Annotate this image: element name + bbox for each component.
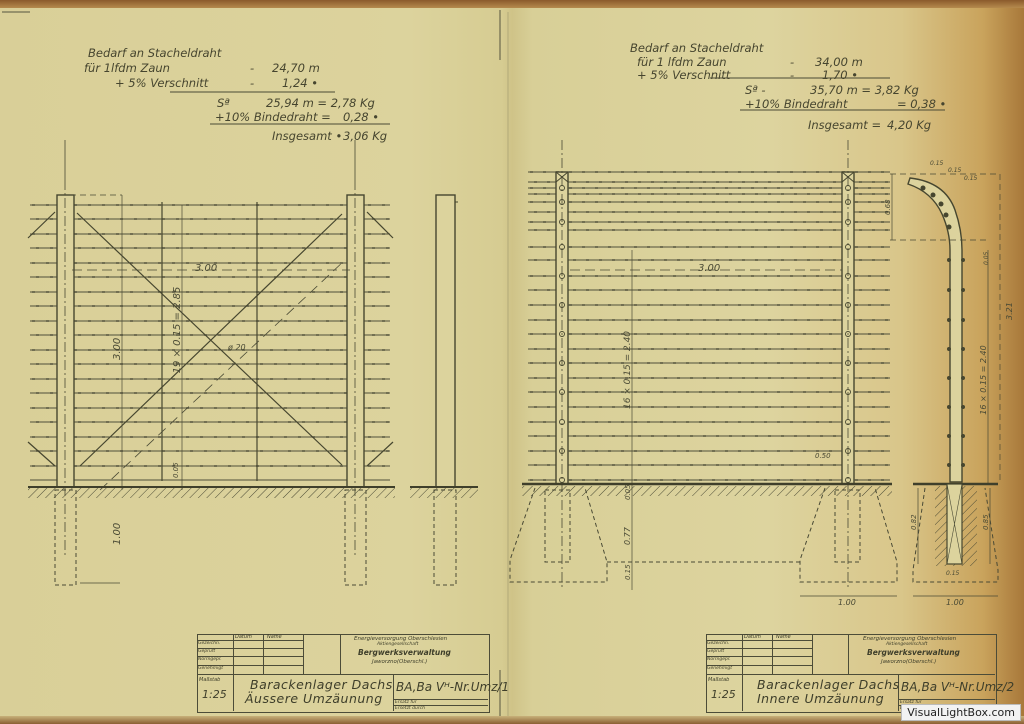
row-approved: Genehmigt <box>198 666 223 671</box>
watermark-link[interactable]: VisualLightBox.com <box>901 704 1021 721</box>
calc-line1-label: für 1lfdm Zaun <box>84 61 170 75</box>
drawing-subtitle: Innere Umzäunung <box>757 691 884 706</box>
dim-arm-spacing-2: 0.15 <box>948 167 962 174</box>
dim-embed-right: 0.85 <box>982 514 990 530</box>
calc-line1-value: 24,70 m <box>272 61 320 75</box>
calc-line1-label: für 1 lfdm Zaun <box>637 55 727 69</box>
calc-line2-sep: - <box>250 76 254 90</box>
outer-fence-elevation: 3.00 3.00 19 × 0.15 = 2.85 ø 20 0.05 1.0… <box>28 140 395 585</box>
scale-label: Maßstab <box>708 677 729 683</box>
dim-wire-spacing-inner: 16 × 0.15 = 2.40 <box>623 331 633 409</box>
calc-tie-label: +10% Bindedraht <box>745 97 847 111</box>
calc-line1-sep: - <box>250 61 254 75</box>
calc-line2-label: + 5% Verschnitt <box>637 68 730 82</box>
calc-line2-value: 1,24 • <box>282 76 318 90</box>
col-name: Name <box>267 634 282 640</box>
dim-height: 3.00 <box>112 338 123 360</box>
scale-label: Maßstab <box>199 677 220 683</box>
dim-total-height: 3.21 <box>1005 302 1014 320</box>
technical-drawing: 3.00 3.00 19 × 0.15 = 2.85 ø 20 0.05 1.0… <box>0 0 1024 724</box>
calc-total-value: 4,20 Kg <box>887 118 931 132</box>
row-approved: Genehmigt <box>707 666 732 671</box>
calc-total-label: Insgesamt = <box>808 118 881 132</box>
calc-sum-label: Sª - <box>745 83 766 97</box>
row-checked: Geprüft <box>198 649 215 654</box>
dim-footing-base: 0.15 <box>624 564 632 580</box>
drawing-sheet: 3.00 3.00 19 × 0.15 = 2.85 ø 20 0.05 1.0… <box>0 0 1024 724</box>
row-drawn: Gezeichn. <box>707 641 729 646</box>
calc-title: Bedarf an Stacheldraht <box>630 41 763 55</box>
company-type: Aktiengesellschaft <box>377 642 418 647</box>
drawing-number: BA,Ba Vᴴ-Nr.Umz/2 <box>901 680 1014 694</box>
dim-side-footing-width: 1.00 <box>946 598 964 607</box>
row-checked: Geprüft <box>707 649 724 654</box>
calc-line2-value: 1,70 • <box>822 68 858 82</box>
dim-arm-height: 0.68 <box>884 199 892 215</box>
dim-bottom: 0.05 <box>172 462 180 478</box>
dim-footing-width: 1.00 <box>838 598 856 607</box>
company-division: Bergwerksverwaltung <box>867 648 960 657</box>
calc-title: Bedarf an Stacheldraht <box>88 46 221 60</box>
drawing-subtitle: Äussere Umzäunung <box>245 691 383 706</box>
dim-arm-offset: 0.05 <box>983 251 990 265</box>
dim-arm-spacing-3: 0.15 <box>964 175 978 182</box>
dim-diagonal: ø 20 <box>227 343 246 352</box>
outer-fence-side-view <box>410 195 478 585</box>
drawing-title: Barackenlager Dachs <box>250 677 393 692</box>
company-division: Bergwerksverwaltung <box>358 648 451 657</box>
col-date: Datum <box>744 634 761 640</box>
dim-arm-spacing: 0.15 <box>930 160 944 167</box>
inner-fence-side-view: 0.68 0.15 0.15 0.15 0.05 16 × 0.15 = 2.4… <box>884 160 1014 607</box>
company-location: Jaworzno(Oberschl.) <box>372 659 427 665</box>
dim-wire-spacing: 19 × 0.15 = 2.85 <box>172 287 183 374</box>
calc-tie-label: +10% Bindedraht = <box>215 110 331 124</box>
calc-line1-value: 34,00 m <box>815 55 863 69</box>
dim-footing-depth: 0.77 <box>623 526 632 545</box>
calc-tie-value: = 0,38 • <box>897 97 946 111</box>
dim-post-wires: 16 × 0.15 = 2.40 <box>979 345 988 414</box>
dim-post-width: 0.50 <box>815 452 831 460</box>
dim-embed: 1.00 <box>112 523 123 545</box>
row-norm: Normgepr. <box>707 657 731 662</box>
col-name: Name <box>776 634 791 640</box>
dim-span: 3.00 <box>195 263 217 274</box>
dim-post-base: 0.15 <box>946 570 960 577</box>
calc-total-value: 3,06 Kg <box>343 129 387 143</box>
scale-value: 1:25 <box>202 688 227 701</box>
calc-line2-sep: - <box>790 68 794 82</box>
calc-line2-label: + 5% Verschnitt <box>115 76 208 90</box>
scale-value: 1:25 <box>711 688 736 701</box>
calc-sum-value: 35,70 m = 3,82 Kg <box>810 83 919 97</box>
inner-fence-elevation: 3.00 16 × 0.15 = 2.40 0.05 0.77 0.15 0.5… <box>510 140 897 607</box>
drawing-title: Barackenlager Dachs <box>757 677 900 692</box>
company-type: Aktiengesellschaft <box>886 642 927 647</box>
calc-sum-value: 25,94 m = 2,78 Kg <box>266 96 375 110</box>
drawing-number: BA,Ba Vᴴ-Nr.Umz/1 <box>396 680 509 694</box>
dim-span-inner: 3.00 <box>698 263 720 274</box>
company-location: Jaworzno(Oberschl.) <box>881 659 936 665</box>
calc-sum-label: Sª <box>217 96 230 110</box>
row-drawn: Gezeichn. <box>198 641 220 646</box>
calc-total-label: Insgesamt • <box>272 129 342 143</box>
calc-line1-sep: - <box>790 55 794 69</box>
dim-embed-left: 0.82 <box>910 514 918 530</box>
calc-tie-value: 0,28 • <box>343 110 379 124</box>
replaced-by: Ersetzt durch <box>395 706 425 711</box>
col-date: Datum <box>235 634 252 640</box>
replaces: Ersatz für <box>395 700 417 705</box>
row-norm: Normgepr. <box>198 657 222 662</box>
